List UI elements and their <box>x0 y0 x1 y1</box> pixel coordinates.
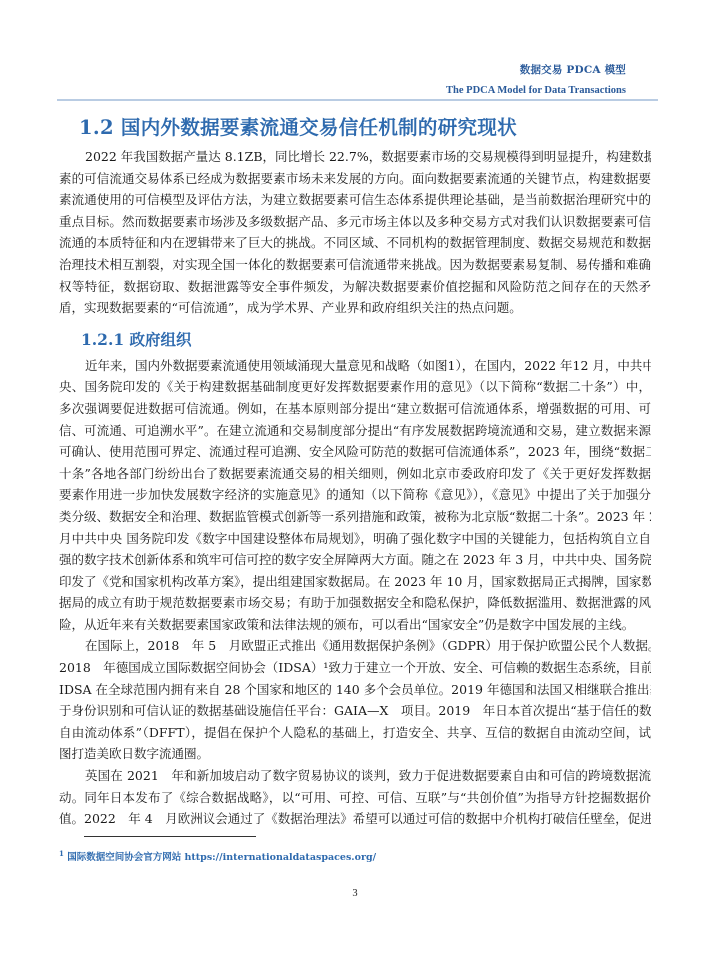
footnote-marker: 1 <box>59 849 64 858</box>
text-line: 素流通使用的可信模型及评估方法，为建立数据要素可信生态体系提供理论基础，是当前数… <box>59 189 651 211</box>
text-line: 月中共中央 国务院印发《数字中国建设整体布局规划》，明确了强化数字中国的关键能力… <box>59 528 651 550</box>
text-line: 盾，实现数据要素的“可信流通”，成为学术界、产业界和政府组织关注的热点问题。 <box>59 297 651 319</box>
page-body: 1.2 国内外数据要素流通交易信任机制的研究现状 2022 年我国数据产量达 8… <box>59 114 651 830</box>
text-line: 央、国务院印发的《关于构建数据基础制度更好发挥数据要素作用的意见》（以下简称“数… <box>59 376 651 398</box>
footnote-divider <box>84 836 256 837</box>
text-line: 印发了《党和国家机构改革方案》，提出组建国家数据局。在 2023 年 10 月，… <box>59 571 651 593</box>
text-line: IDSA 在全球范围内拥有来自 28 个国家和地区的 140 多个会员单位。20… <box>59 679 651 701</box>
running-header: 数据交易 PDCA 模型 The PDCA Model for Data Tra… <box>446 62 626 99</box>
text-line: 在国际上，2018 年 5 月欧盟正式推出《通用数据保护条例》（GDPR）用于保… <box>59 635 651 657</box>
text-line: 重点目标。然而数据要素市场涉及多级数据产品、多元市场主体以及多种交易方式对我们认… <box>59 211 651 233</box>
text-line: 可确认、使用范围可界定、流通过程可追溯、安全风险可防范的数据可信流通体系”，20… <box>59 441 651 463</box>
section-paragraph-1: 2022 年我国数据产量达 8.1ZB，同比增长 22.7%，数据要素市场的交易… <box>59 146 651 319</box>
text-line: 险，从近年来有关数据要素国家政策和法律法规的颁布，可以看出“国家安全”仍是数字中… <box>59 614 651 636</box>
text-line: 强的数字技术创新体系和筑牢可信可控的数字安全屏障两大方面。随之在 2023 年 … <box>59 549 651 571</box>
running-header-title-cn: 数据交易 PDCA 模型 <box>446 62 626 78</box>
text-line: 权等特征，数据窃取、数据泄露等安全事件频发，为解决数据要素价值挖掘和风险防范之间… <box>59 276 651 298</box>
text-line: 于身份识别和可信认证的数据基础设施信任平台：GAIA—X 项目。2019 年日本… <box>59 700 651 722</box>
text-line: 自由流动体系”（DFFT），提倡在保护个人隐私的基础上，打造安全、共享、互信的数… <box>59 722 651 744</box>
text-line: 素的可信流通交易体系已经成为数据要素市场未来发展的方向。面向数据要素流通的关键节… <box>59 168 651 190</box>
text-line: 要素作用进一步加快发展数字经济的实施意见》的通知（以下简称《意见》），《意见》中… <box>59 484 651 506</box>
text-line: 2022 年我国数据产量达 8.1ZB，同比增长 22.7%，数据要素市场的交易… <box>59 146 651 168</box>
text-line: 治理技术相互割裂，对实现全国一体化的数据要素可信流通带来挑战。因为数据要素易复制… <box>59 254 651 276</box>
footnote-link[interactable]: 国际数据空间协会官方网站 https://internationaldatasp… <box>67 852 376 863</box>
subsection-heading: 1.2.1 政府组织 <box>81 329 651 351</box>
text-line: 图打造美欧日数字流通圈。 <box>59 743 651 765</box>
text-line: 值。2022 年 4 月欧洲议会通过了《数据治理法》希望可以通过可信的数据中介机… <box>59 808 651 830</box>
text-line: 动。同年日本发布了《综合数据战略》，以“可用、可控、可信、互联”与“共创价值”为… <box>59 787 651 809</box>
text-line: 流通的本质特征和内在逻辑带来了巨大的挑战。不同区域、不同机构的数据管理制度、数据… <box>59 232 651 254</box>
text-line: 多次强调要促进数据可信流通。例如，在基本原则部分提出“建立数据可信流通体系，增强… <box>59 398 651 420</box>
text-line-with-footnote-ref: 2018 年德国成立国际数据空间协会（IDSA）¹致力于建立一个开放、安全、可信… <box>59 657 651 679</box>
subsection-paragraph-2: 在国际上，2018 年 5 月欧盟正式推出《通用数据保护条例》（GDPR）用于保… <box>59 635 651 765</box>
running-header-title-en: The PDCA Model for Data Transactions <box>446 83 626 99</box>
text-line: 近年来，国内外数据要素流通使用领域涌现大量意见和战略（如图1），在国内，2022… <box>59 355 651 377</box>
header-divider <box>57 99 658 101</box>
text-line: 据局的成立有助于规范数据要素市场交易；有助于加强数据安全和隐私保护，降低数据滥用… <box>59 592 651 614</box>
text-line: 信、可流通、可追溯水平”。在建立流通和交易制度部分提出“有序发展数据跨境流通和交… <box>59 420 651 442</box>
subsection-paragraph-3: 英国在 2021 年和新加坡启动了数字贸易协议的谈判，致力于促进数据要素自由和可… <box>59 765 651 830</box>
page-number: 3 <box>0 888 710 899</box>
subsection-paragraph-1: 近年来，国内外数据要素流通使用领域涌现大量意见和战略（如图1），在国内，2022… <box>59 355 651 636</box>
text-line: 十条”各地各部门纷纷出台了数据要素流通交易的相关细则，例如北京市委政府印发了《关… <box>59 463 651 485</box>
text-line: 类分级、数据安全和治理、数据监管模式创新等一系列措施和政策，被称为北京版“数据二… <box>59 506 651 528</box>
section-heading: 1.2 国内外数据要素流通交易信任机制的研究现状 <box>79 114 651 142</box>
text-line: 英国在 2021 年和新加坡启动了数字贸易协议的谈判，致力于促进数据要素自由和可… <box>59 765 651 787</box>
footnote: 1 国际数据空间协会官方网站 https://internationaldata… <box>59 849 376 863</box>
